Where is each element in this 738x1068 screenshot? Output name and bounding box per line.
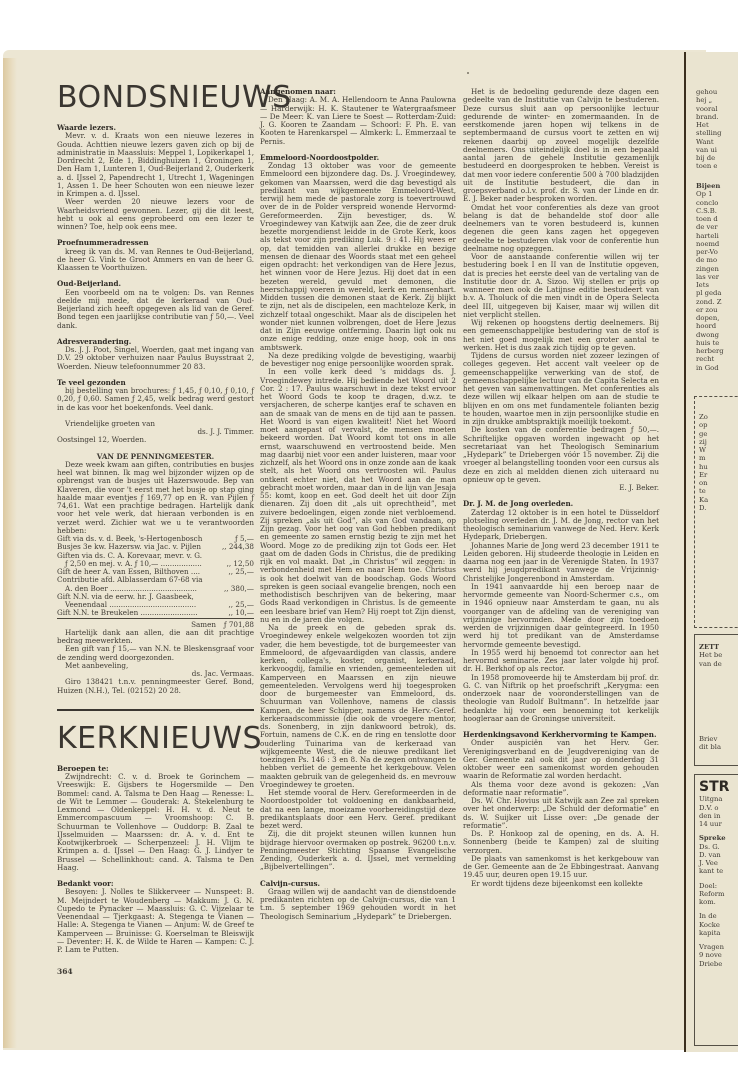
adjacent-text-top: gehouhej „vooralbrand.HetstellingWantvan… <box>696 88 722 171</box>
paragraph: Besoyen: J. Nolles te Slikkerveer — Nuns… <box>57 888 254 954</box>
adjacent-line: de ver <box>696 223 724 231</box>
section-divider <box>57 709 254 711</box>
adjacent-page: gehouhej „vooralbrand.HetstellingWantvan… <box>686 52 738 1052</box>
adjacent-line: harteli <box>696 232 724 240</box>
paragraph: Een gift van ƒ 15,— van N.N. te Bleskens… <box>57 645 254 662</box>
adjacent-line: stelling <box>696 129 722 137</box>
adjacent-line: zond. Z <box>696 298 724 306</box>
paragraph: In 1958 promoveerde hij te Amsterdam bij… <box>463 674 659 724</box>
adjacent-line: te <box>699 487 708 495</box>
adjacent-line: dit bla <box>699 743 721 751</box>
adjacent-line: kom. <box>699 898 729 906</box>
adjacent-line: 14 uur <box>699 820 729 828</box>
paragraph: Ds. J. J. Poot, Singel, Woerden, gaat me… <box>57 346 254 371</box>
paragraph: In een volle kerk deed 's middags ds. J.… <box>260 368 456 624</box>
adjacent-line: D. <box>699 504 708 512</box>
paragraph: Hartelijk dank aan allen, die aan dit pr… <box>57 629 254 646</box>
paragraph: In 1955 werd hij benoemd tot conrector a… <box>463 649 659 674</box>
bondsnieuws-title: BONDSNIEUWS <box>57 82 254 114</box>
paragraph: Wij rekenen op hoogstens dertig deelneme… <box>463 319 659 352</box>
paragraph: Deze week kwam aan giften, contributies … <box>57 461 254 535</box>
adjacent-line: noemd <box>696 240 724 248</box>
adjacent-line: toen d <box>696 215 724 223</box>
adjacent-line: van de <box>699 660 722 668</box>
adjacent-dashed-box: ZoopgezijWmhuEronteKaD. <box>694 396 738 628</box>
adjacent-line: zingen <box>696 265 724 273</box>
adjacent-line: In de <box>699 912 729 920</box>
paragraph: Zij, die dit projekt steunen willen kunn… <box>260 830 456 871</box>
paragraph: bij bestelling van brochures: ƒ 1,45, ƒ … <box>57 387 254 412</box>
adjacent-line: Op 1 <box>696 190 724 198</box>
page-number: 364 <box>57 968 254 976</box>
column-middle: Aangenomen naar: Den Haag: A. M. A. Hell… <box>260 88 456 921</box>
adjacent-line: Het be <box>699 651 722 659</box>
paragraph: In 1941 aanvaardde hij een beroep naar d… <box>463 583 659 649</box>
paragraph: Mevr. v. d. Kraats won een nieuwe lezere… <box>57 132 254 198</box>
adjacent-line: W <box>699 446 708 454</box>
adjacent-line: toen e <box>696 162 722 170</box>
adjacent-line: er zou <box>696 306 724 314</box>
adjacent-zett-box: ZETT Het bevan de Brievdit bla <box>694 634 738 766</box>
paragraph: Er wordt tijdens deze bijeenkomst een ko… <box>463 880 659 888</box>
adjacent-line: gehou <box>696 88 722 96</box>
adjacent-line: conclo <box>696 199 724 207</box>
adjacent-line: C.S.B. <box>696 207 724 215</box>
paragraph: Tijdens de cursus worden niet zozeer lez… <box>463 352 659 426</box>
paragraph: Het is de bedoeling gedurende deze dagen… <box>463 88 659 204</box>
adjacent-line: zij <box>699 438 708 446</box>
paragraph: Zwijndrecht: C. v. d. Broek te Gorinchem… <box>57 773 254 872</box>
adjacent-line: van ui <box>696 146 722 154</box>
adjacent-line: dwong <box>696 331 724 339</box>
paragraph: Omdat het voor conferenties als deze van… <box>463 204 659 254</box>
paragraph: Zaterdag 12 oktober is in een hotel te D… <box>463 509 659 542</box>
adjacent-line: las ver <box>696 273 724 281</box>
adjacent-line: D. van <box>699 851 729 859</box>
giro-info: Giro 138421 t.n.v. penningmeester Geref.… <box>57 678 254 695</box>
paragraph: Johannes Marie de Jong werd 23 december … <box>463 542 659 583</box>
paragraph: De plaats van samenkomst is het kerkgebo… <box>463 855 659 880</box>
adjacent-line: op <box>699 421 708 429</box>
paragraph: Den Haag: A. M. A. Hellendoorn te Anna P… <box>260 96 456 146</box>
adjacent-line: per-Vo <box>696 248 724 256</box>
adjacent-line: Ka <box>699 496 708 504</box>
print-speck <box>467 72 469 74</box>
paragraph: Ds. P. Honkoop zal de opening, en ds. A.… <box>463 830 659 855</box>
adjacent-line: brand. <box>696 113 722 121</box>
adjacent-line: Kocke <box>699 921 729 929</box>
paragraph: Weer werden 20 nieuwe lezers voor de Waa… <box>57 198 254 231</box>
adjacent-line: dopen, <box>696 314 724 322</box>
adjacent-line: kapita <box>699 929 729 937</box>
adjacent-line: hu <box>699 463 708 471</box>
adjacent-line: J. Vee <box>699 859 729 867</box>
paragraph: De kosten van de conferentie bedragen ƒ … <box>463 426 659 484</box>
adjacent-line: Iets <box>696 281 724 289</box>
adjacent-line: Briev <box>699 735 721 743</box>
adjacent-line: on <box>699 479 708 487</box>
adjacent-line: huis te <box>696 339 724 347</box>
adjacent-line: vooral <box>696 105 722 113</box>
paragraph: Na de preek en de gebeden sprak ds. Vroe… <box>260 624 456 789</box>
signature: E. J. Beker. <box>463 484 659 492</box>
adjacent-line: 9 nove <box>699 951 729 959</box>
adjacent-line: Ds. G. <box>699 843 729 851</box>
adjacent-line: Vragen <box>699 943 729 951</box>
adjacent-line: Driebe <box>699 960 729 968</box>
adjacent-line: kant te <box>699 867 729 875</box>
adjacent-str-box: STR UitgnaD.V. oden in14 uur Spreke Ds. … <box>694 774 738 1046</box>
paragraph: Als thema voor deze avond is gekozen: „V… <box>463 781 659 798</box>
adjacent-bijeen: Bijeen Op 1concloC.S.B.toen dde verharte… <box>696 182 724 372</box>
paragraph: Een voorbeeld om na te volgen: Ds. van R… <box>57 289 254 330</box>
adjacent-line: in God <box>696 364 724 372</box>
adjacent-line: recht <box>696 355 724 363</box>
adjacent-line: herberg <box>696 347 724 355</box>
adjacent-line: Doel: <box>699 882 729 890</box>
adjacent-line: Het <box>696 121 722 129</box>
paragraph: Onder auspiciën van het Herv. Ger. Veren… <box>463 739 659 780</box>
paragraph: Na deze prediking volgde de bevestiging,… <box>260 352 456 369</box>
adjacent-line: hoord <box>696 322 724 330</box>
page-edge <box>3 58 17 1048</box>
paragraph: kreeg ik van ds. M. van Rennes te Oud-Be… <box>57 248 254 273</box>
adjacent-line: Reform <box>699 890 729 898</box>
adjacent-line: ge <box>699 430 708 438</box>
adjacent-line: hej „ <box>696 96 722 104</box>
adjacent-line: Want <box>696 138 722 146</box>
donation-ledger: Gift via ds. v. d. Beek, 's-Hertogenbosc… <box>57 535 254 629</box>
adjacent-line: bij de <box>696 154 722 162</box>
adjacent-line: pl geda <box>696 289 724 297</box>
adjacent-line: D.V. o <box>699 804 729 812</box>
paragraph: Voor de aanstaande conferentie willen wi… <box>463 253 659 319</box>
column-left: BONDSNIEUWS Waarde lezers. Mevr. v. d. K… <box>57 82 254 977</box>
paragraph: Het stemde vooral de Herv. Gereformeerde… <box>260 789 456 830</box>
adjacent-line: de mo <box>696 256 724 264</box>
column-right: Het is de bedoeling gedurende deze dagen… <box>463 88 659 888</box>
adjacent-line: Uitgna <box>699 795 729 803</box>
adjacent-line: m <box>699 454 708 462</box>
kerknieuws-title: KERKNIEUWS <box>57 723 254 755</box>
ledger-row: Gift N.N. te Breukelen .................… <box>57 609 254 618</box>
paragraph: Graag willen wij de aandacht van de dien… <box>260 888 456 921</box>
adjacent-line: Zo <box>699 413 708 421</box>
adjacent-line: den in <box>699 812 729 820</box>
paragraph: Zondag 13 oktober was voor de gemeente E… <box>260 162 456 352</box>
address: Oostsingel 12, Woerden. <box>57 436 254 444</box>
adjacent-line: Er <box>699 471 708 479</box>
paragraph: Ds. W. Chr. Hovius uit Katwijk aan Zee z… <box>463 797 659 830</box>
